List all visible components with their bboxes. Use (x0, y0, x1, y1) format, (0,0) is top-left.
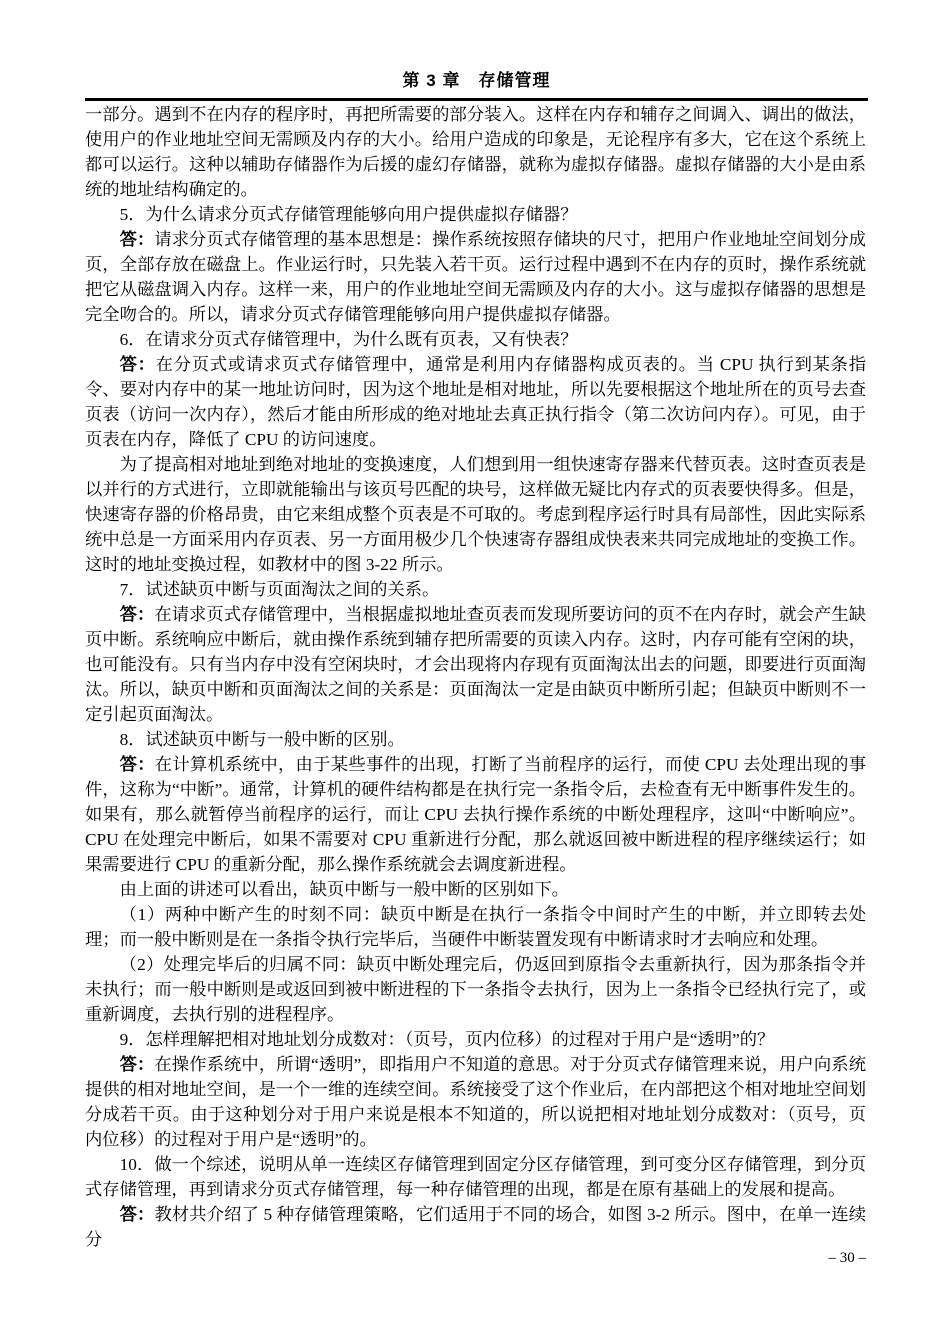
page-header: 第 3 章 存储管理 (85, 66, 868, 91)
answer-label: 答： (120, 1055, 155, 1074)
document-body: 一部分。遇到不在内存的程序时，再把所需要的部分装入。这样在内存和辅存之间调入、调… (85, 102, 866, 1252)
answer-label: 答： (120, 355, 156, 374)
document-page: 第 3 章 存储管理 一部分。遇到不在内存的程序时，再把所需要的部分装入。这样在… (0, 0, 950, 1344)
question-5: 5．为什么请求分页式存储管理能够向用户提供虚拟存储器？ (85, 202, 866, 227)
header-rule (85, 98, 868, 101)
answer-6: 答：在分页式或请求页式存储管理中，通常是利用内存储器构成页表的。当 CPU 执行… (85, 352, 866, 452)
answer-label: 答： (120, 755, 155, 774)
answer-label: 答： (120, 1205, 155, 1224)
question-8: 8．试述缺页中断与一般中断的区别。 (85, 727, 866, 752)
page-footer: – 30 – (85, 1250, 866, 1267)
answer-8-continued: 由上面的讲述可以看出，缺页中断与一般中断的区别如下。 (85, 877, 866, 902)
answer-8-list-item-2: （2）处理完毕后的归属不同：缺页中断处理完后，仍返回到原指令去重新执行，因为那条… (85, 952, 866, 1027)
answer-8: 答：在计算机系统中，由于某些事件的出现，打断了当前程序的运行，而使 CPU 去处… (85, 752, 866, 877)
answer-6-continued: 为了提高相对地址到绝对地址的变换速度，人们想到用一组快速寄存器来代替页表。这时查… (85, 452, 866, 577)
answer-10: 答：教材共介绍了 5 种存储管理策略，它们适用于不同的场合，如图 3-2 所示。… (85, 1202, 866, 1252)
page-number: – 30 – (829, 1250, 867, 1266)
answer-5: 答：请求分页式存储管理的基本思想是：操作系统按照存储块的尺寸，把用户作业地址空间… (85, 227, 866, 327)
answer-7: 答：在请求页式存储管理中，当根据虚拟地址查页表而发现所要访问的页不在内存时，就会… (85, 602, 866, 727)
answer-8-list-item-1: （1）两种中断产生的时刻不同：缺页中断是在执行一条指令中间时产生的中断，并立即转… (85, 902, 866, 952)
body-text-continuation: 一部分。遇到不在内存的程序时，再把所需要的部分装入。这样在内存和辅存之间调入、调… (85, 102, 866, 202)
answer-label: 答： (120, 605, 155, 624)
question-10: 10．做一个综述，说明从单一连续区存储管理到固定分区存储管理，到可变分区存储管理… (85, 1152, 866, 1202)
question-6: 6．在请求分页式存储管理中，为什么既有页表，又有快表？ (85, 327, 866, 352)
chapter-title: 第 3 章 存储管理 (403, 71, 551, 90)
question-9: 9．怎样理解把相对地址划分成数对：（页号，页内位移）的过程对于用户是“透明”的？ (85, 1027, 866, 1052)
question-7: 7．试述缺页中断与页面淘汰之间的关系。 (85, 577, 866, 602)
answer-label: 答： (120, 230, 155, 249)
answer-9: 答：在操作系统中，所谓“透明”，即指用户不知道的意思。对于分页式存储管理来说，用… (85, 1052, 866, 1152)
